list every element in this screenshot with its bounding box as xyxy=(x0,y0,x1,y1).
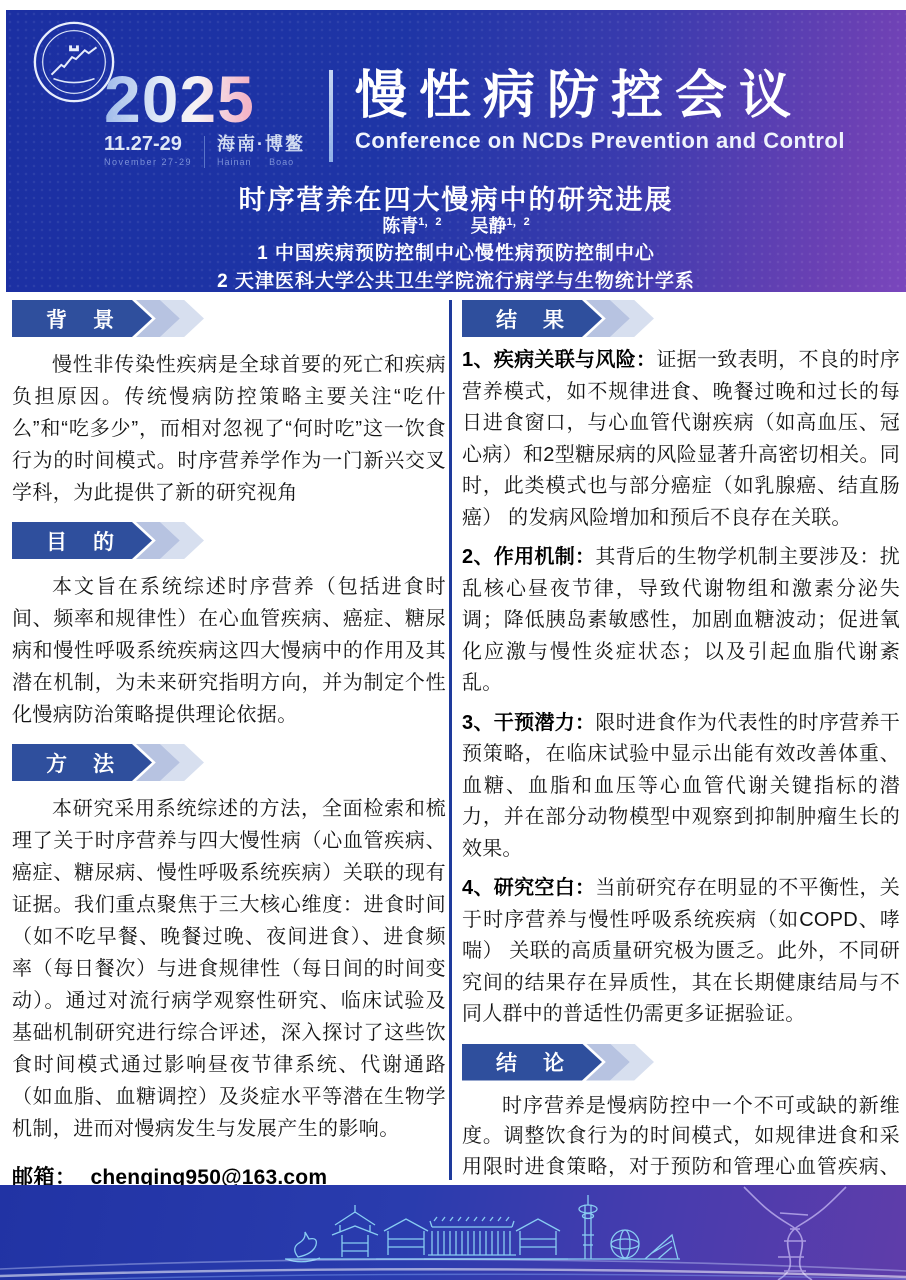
city-skyline-icon xyxy=(285,1195,680,1262)
result-label: 4、研究空白： xyxy=(462,877,595,899)
footer-band xyxy=(0,1185,906,1280)
event-dates: 11.27-29 xyxy=(104,134,192,154)
section-header-results: 结果 xyxy=(462,300,900,337)
result-label: 2、作用机制： xyxy=(462,546,595,568)
header-band: 2025 11.27-29 November 27-29 海南·博鳌 Haina… xyxy=(6,10,906,292)
event-dates-en: November 27-29 xyxy=(104,157,192,167)
results-item: 3、干预潜力：限时进食作为代表性的时序营养干预策略，在临床试验中显示出能有效改善… xyxy=(462,708,900,866)
section-header-background: 背景 xyxy=(12,300,446,337)
year-block: 2025 11.27-29 November 27-29 海南·博鳌 Haina… xyxy=(104,68,305,168)
section-header-objective: 目的 xyxy=(12,522,446,559)
event-location-en: Hainan Boao xyxy=(217,157,305,167)
author: 吴静1，2 xyxy=(471,216,530,236)
background-text: 慢性非传染性疾病是全球首要的死亡和疾病负担原因。传统慢病防控策略主要关注“吃什么… xyxy=(12,349,446,509)
conference-poster: 2025 11.27-29 November 27-29 海南·博鳌 Haina… xyxy=(0,0,906,1280)
results-item: 1、疾病关联与风险：证据一致表明，不良的时序营养模式，如不规律进食、晚餐过晚和过… xyxy=(462,345,900,534)
result-label: 3、干预潜力： xyxy=(462,712,595,734)
result-text: 当前研究存在明显的不平衡性，关于时序营养与慢性呼吸系统疾病（如COPD、哮喘） … xyxy=(462,877,900,1025)
affiliation-1: 1 中国疾病预防控制中心慢性病预防控制中心 xyxy=(6,238,906,265)
arrow-banner: 结果 xyxy=(462,300,602,337)
result-text: 证据一致表明，不良的时序营养模式，如不规律进食、晚餐过晚和过长的每日进食窗口，与… xyxy=(462,349,900,529)
footer-graphic xyxy=(0,1185,906,1280)
author-superscript: 1，2 xyxy=(507,216,530,228)
year-2025: 2025 xyxy=(104,68,305,130)
conference-title-block: 慢性病防控会议 Conference on NCDs Prevention an… xyxy=(355,68,845,154)
conference-subtitle: Conference on NCDs Prevention and Contro… xyxy=(355,128,845,154)
objective-text: 本文旨在系统综述时序营养（包括进食时间、频率和规律性）在心血管疾病、癌症、糖尿病… xyxy=(12,571,446,731)
arrow-banner: 目的 xyxy=(12,522,152,559)
right-column: 结果 1、疾病关联与风险：证据一致表明，不良的时序营养模式，如不规律进食、晚餐过… xyxy=(462,300,900,1274)
conference-title: 慢性病防控会议 xyxy=(355,68,845,124)
arrow-banner: 背景 xyxy=(12,300,152,337)
brand-divider xyxy=(329,70,333,162)
arrow-banner: 方法 xyxy=(12,744,152,781)
affiliation-2: 2 天津医科大学公共卫生学院流行病学与生物统计学系 xyxy=(6,266,906,293)
section-header-methods: 方法 xyxy=(12,744,446,781)
results-item: 4、研究空白：当前研究存在明显的不平衡性，关于时序营养与慢性呼吸系统疾病（如CO… xyxy=(462,873,900,1031)
arrow-banner: 结论 xyxy=(462,1044,602,1081)
light-streaks xyxy=(0,1259,906,1280)
methods-text: 本研究采用系统综述的方法，全面检索和梳理了关于时序营养与四大慢性病（心血管疾病、… xyxy=(12,793,446,1145)
authors-line: 陈青1，2 吴静1，2 xyxy=(6,212,906,238)
section-header-conclusion: 结论 xyxy=(462,1044,900,1081)
event-location: 海南·博鳌 xyxy=(217,134,305,154)
result-text: 其背后的生物学机制主要涉及：扰乱核心昼夜节律，导致代谢物组和激素分泌失调；降低胰… xyxy=(462,546,900,694)
result-label: 1、疾病关联与风险： xyxy=(462,349,656,371)
column-divider xyxy=(449,300,452,1180)
date-location-divider xyxy=(204,136,205,168)
author-superscript: 1，2 xyxy=(418,216,441,228)
left-column: 背景 慢性非传染性疾病是全球首要的死亡和疾病负担原因。传统慢病防控策略主要关注“… xyxy=(12,300,446,1191)
results-item: 2、作用机制：其背后的生物学机制主要涉及：扰乱核心昼夜节律，导致代谢物组和激素分… xyxy=(462,542,900,700)
brand-block: 2025 11.27-29 November 27-29 海南·博鳌 Haina… xyxy=(104,68,845,168)
author: 陈青1，2 xyxy=(382,216,441,236)
